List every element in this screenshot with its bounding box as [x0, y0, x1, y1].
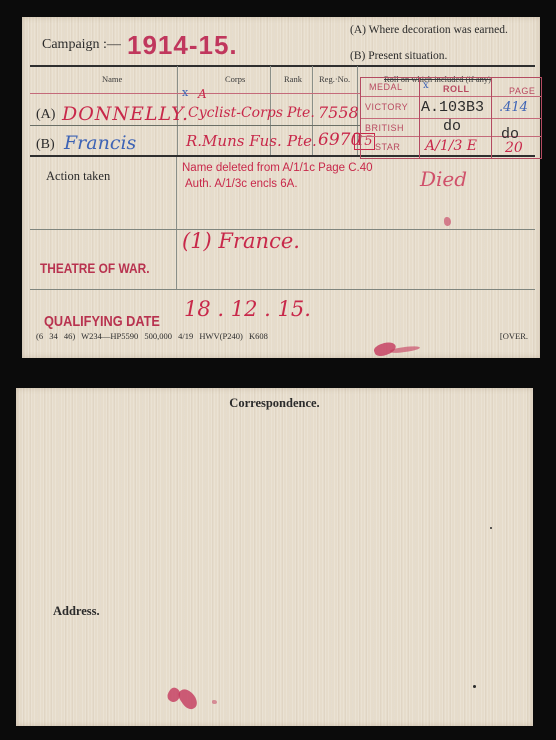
medal-marker: x: [423, 80, 429, 91]
theatre-of-war-stamp: THEATRE OF WAR.: [40, 260, 150, 276]
roll-stamp-divider: [419, 78, 420, 158]
row-b-rank: Pte.: [287, 132, 317, 150]
medal-card-front: Campaign :— 1914-15. (A) Where decoratio…: [22, 17, 540, 358]
row-b-corps: R.Muns Fus.: [186, 132, 282, 150]
note-b: (B) Present situation.: [350, 50, 447, 62]
forename: Francis: [64, 132, 136, 154]
row-a-line: [30, 125, 360, 126]
roll-header: ROLL: [443, 84, 470, 94]
victory-roll: A.103B3: [421, 99, 484, 116]
paper-speck: [490, 527, 492, 529]
victory-page: .414: [499, 100, 528, 115]
column-header-corps: Corps: [225, 74, 245, 84]
corps-superscript: A: [198, 87, 207, 101]
row-a-prefix: (A): [36, 107, 55, 123]
star-roll: A/1/3 E: [425, 138, 477, 154]
action-taken-label: Action taken: [46, 169, 110, 184]
roll-stamp-line: [361, 96, 541, 97]
roll-stamp-divider: [491, 78, 492, 158]
note-a: (A) Where decoration was earned.: [350, 24, 508, 36]
campaign-label: Campaign :—: [42, 37, 121, 53]
marker-x: x: [182, 86, 188, 99]
theatre-divider: [30, 289, 535, 290]
row-b-prefix: (B): [36, 137, 55, 153]
medal-roll-stamp: MEDAL x ROLL PAGE VICTORY A.103B3 .414 B…: [360, 77, 542, 159]
column-header-reg-no: Reg.·No.: [319, 74, 350, 84]
medal-star: STAR: [375, 142, 400, 152]
qualifying-date-value: 18 . 12 . 15.: [184, 297, 311, 321]
header-row-line: [30, 93, 360, 94]
theatre-of-war-value: (1) France.: [182, 229, 300, 253]
column-header-name: Name: [102, 74, 122, 84]
medal-header: MEDAL: [369, 82, 403, 92]
medal-victory: VICTORY: [365, 102, 408, 112]
address-label: Address.: [53, 604, 100, 619]
paper-speck: [473, 685, 476, 688]
action-text-line2: Auth. A/1/3c encls 6A.: [185, 177, 298, 192]
row-a-rank: Pte.: [287, 105, 315, 121]
print-reference: (6 34 46) W234—HP5590 500,000 4/19 HWV(P…: [36, 331, 268, 341]
correspondence-heading: Correspondence.: [16, 396, 533, 411]
row-a-corps: Cyclist-Corps: [188, 105, 283, 121]
medal-british: BRITISH: [365, 123, 404, 133]
medal-card-back: Correspondence. Address.: [16, 388, 533, 726]
british-roll: do: [443, 118, 461, 135]
over-label: [OVER.: [500, 331, 528, 341]
ink-stain: [176, 686, 200, 712]
header-divider: [30, 65, 535, 67]
star-page: 20: [505, 140, 523, 156]
campaign-value-stamp: 1914-15.: [127, 30, 238, 61]
ink-speck: [212, 700, 217, 704]
action-text-line1: Name deleted from A/1/1c Page C.40: [182, 161, 373, 176]
row-a-reg-no: 7558: [318, 103, 359, 122]
ink-mark: [444, 217, 451, 226]
column-header-rank: Rank: [284, 74, 302, 84]
surname: DONNELLY.: [62, 103, 189, 125]
qualifying-date-stamp: QUALIFYING DATE: [44, 313, 160, 330]
label-column-divider: [176, 157, 177, 290]
action-status-died: Died: [420, 167, 467, 191]
page-header: PAGE: [509, 86, 535, 96]
